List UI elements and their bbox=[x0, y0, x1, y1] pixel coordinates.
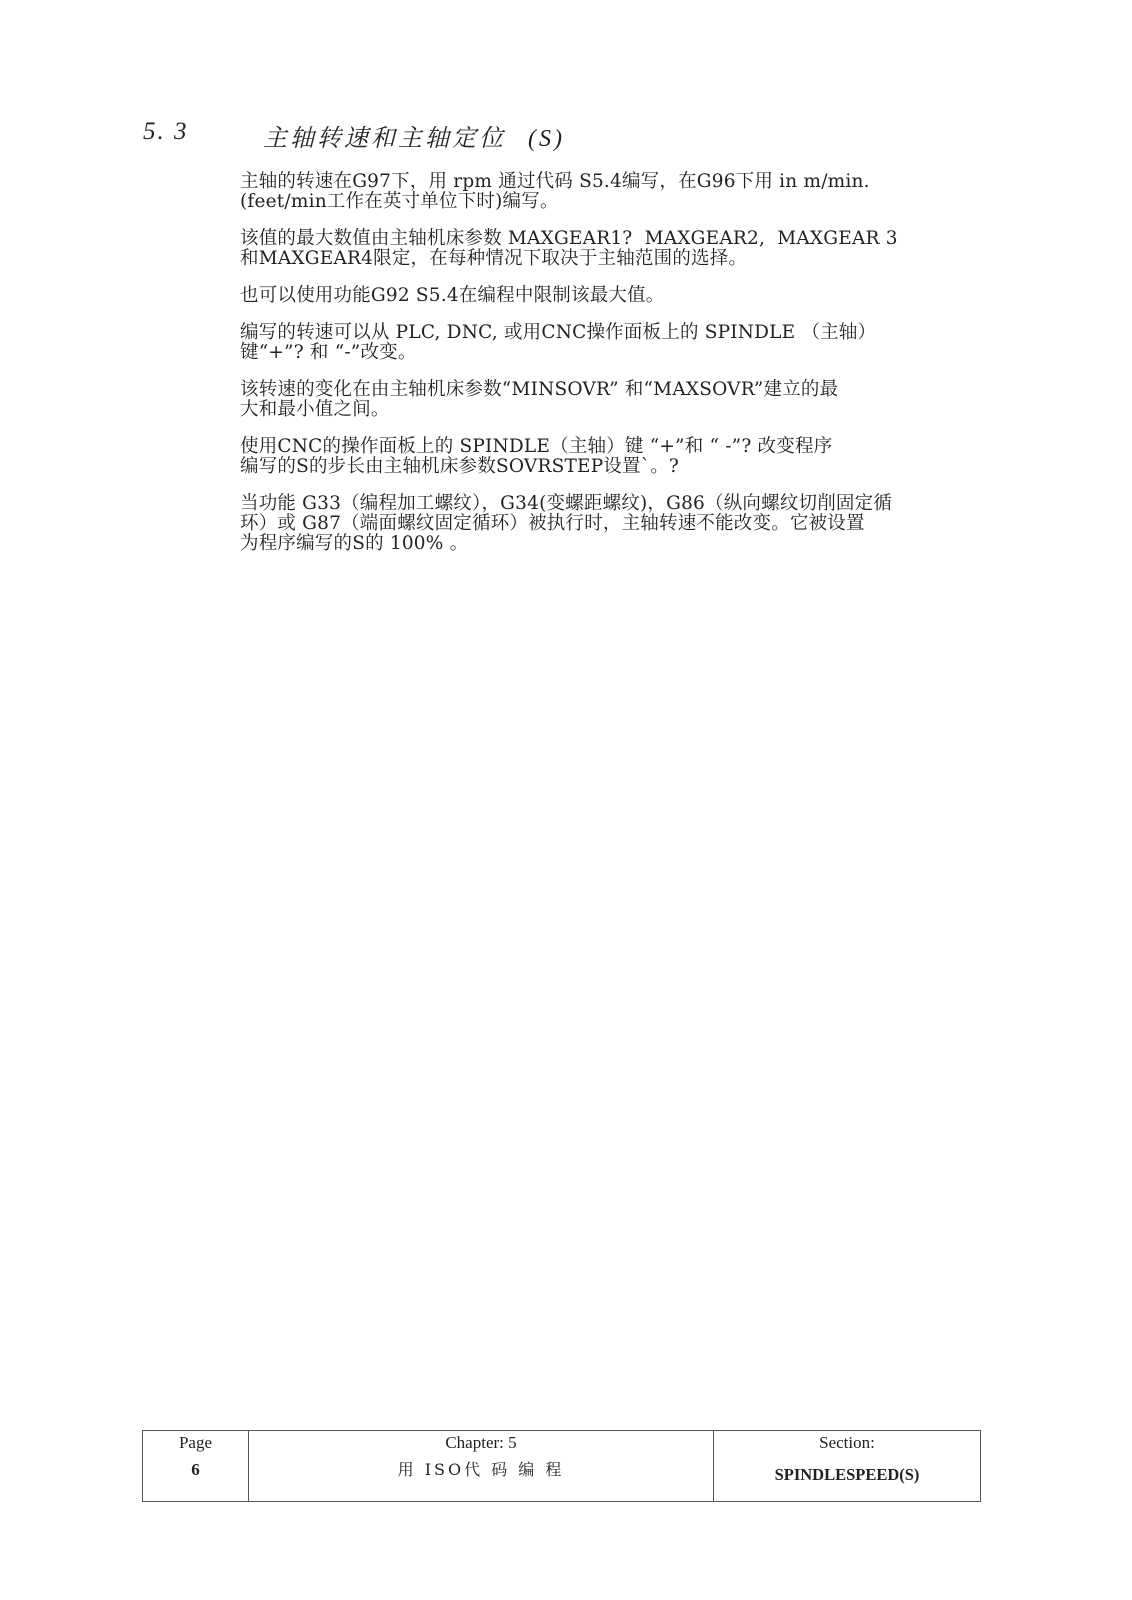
footer-section-title: SPINDLESPEED(S) bbox=[775, 1465, 920, 1485]
footer-chapter-label: Chapter: 5 bbox=[445, 1433, 516, 1453]
footer-section-label: Section: bbox=[819, 1433, 875, 1453]
paragraph-g92-limit: 也可以使用功能G92 S5.4在编程中限制该最大值。 bbox=[240, 286, 980, 306]
footer-page-label: Page bbox=[179, 1433, 212, 1453]
footer-page-cell: Page 6 bbox=[143, 1431, 249, 1501]
footer-chapter-cell: Chapter: 5 用 ISO代 码 编 程 bbox=[249, 1431, 714, 1501]
page-footer-table: Page 6 Chapter: 5 用 ISO代 码 编 程 Section: … bbox=[142, 1430, 981, 1502]
footer-page-number: 6 bbox=[191, 1460, 200, 1480]
paragraph-speed-change-sources: 编写的转速可以从 PLC, DNC, 或用CNC操作面板上的 SPINDLE （… bbox=[240, 323, 980, 363]
paragraph-override-range: 该转速的变化在由主轴机床参数“MINSOVR” 和“MAXSOVR”建立的最 大… bbox=[240, 380, 980, 420]
paragraph-spindle-speed-programming: 主轴的转速在G97下，用 rpm 通过代码 S5.4编写，在G96下用 in m… bbox=[240, 172, 980, 212]
section-number: 5. 3 bbox=[143, 118, 189, 146]
paragraph-max-value-limits: 该值的最大数值由主轴机床参数 MAXGEAR1? MAXGEAR2, MAXGE… bbox=[240, 229, 980, 269]
body-text: 主轴的转速在G97下，用 rpm 通过代码 S5.4编写，在G96下用 in m… bbox=[240, 172, 980, 571]
section-title: 主轴转速和主轴定位(S) bbox=[263, 118, 565, 153]
section-title-suffix: (S) bbox=[528, 126, 565, 152]
paragraph-threading-lock: 当功能 G33（编程加工螺纹），G34(变螺距螺纹)，G86（纵向螺纹切削固定循… bbox=[240, 494, 980, 554]
footer-section-cell: Section: SPINDLESPEED(S) bbox=[714, 1431, 980, 1501]
section-title-text: 主轴转速和主轴定位 bbox=[263, 124, 506, 152]
section-heading: 5. 3 主轴转速和主轴定位(S) bbox=[143, 118, 843, 158]
footer-chapter-title: 用 ISO代 码 编 程 bbox=[398, 1460, 565, 1480]
paragraph-override-step: 使用CNC的操作面板上的 SPINDLE（主轴）键 “+”和 “ -”? 改变程… bbox=[240, 437, 980, 477]
